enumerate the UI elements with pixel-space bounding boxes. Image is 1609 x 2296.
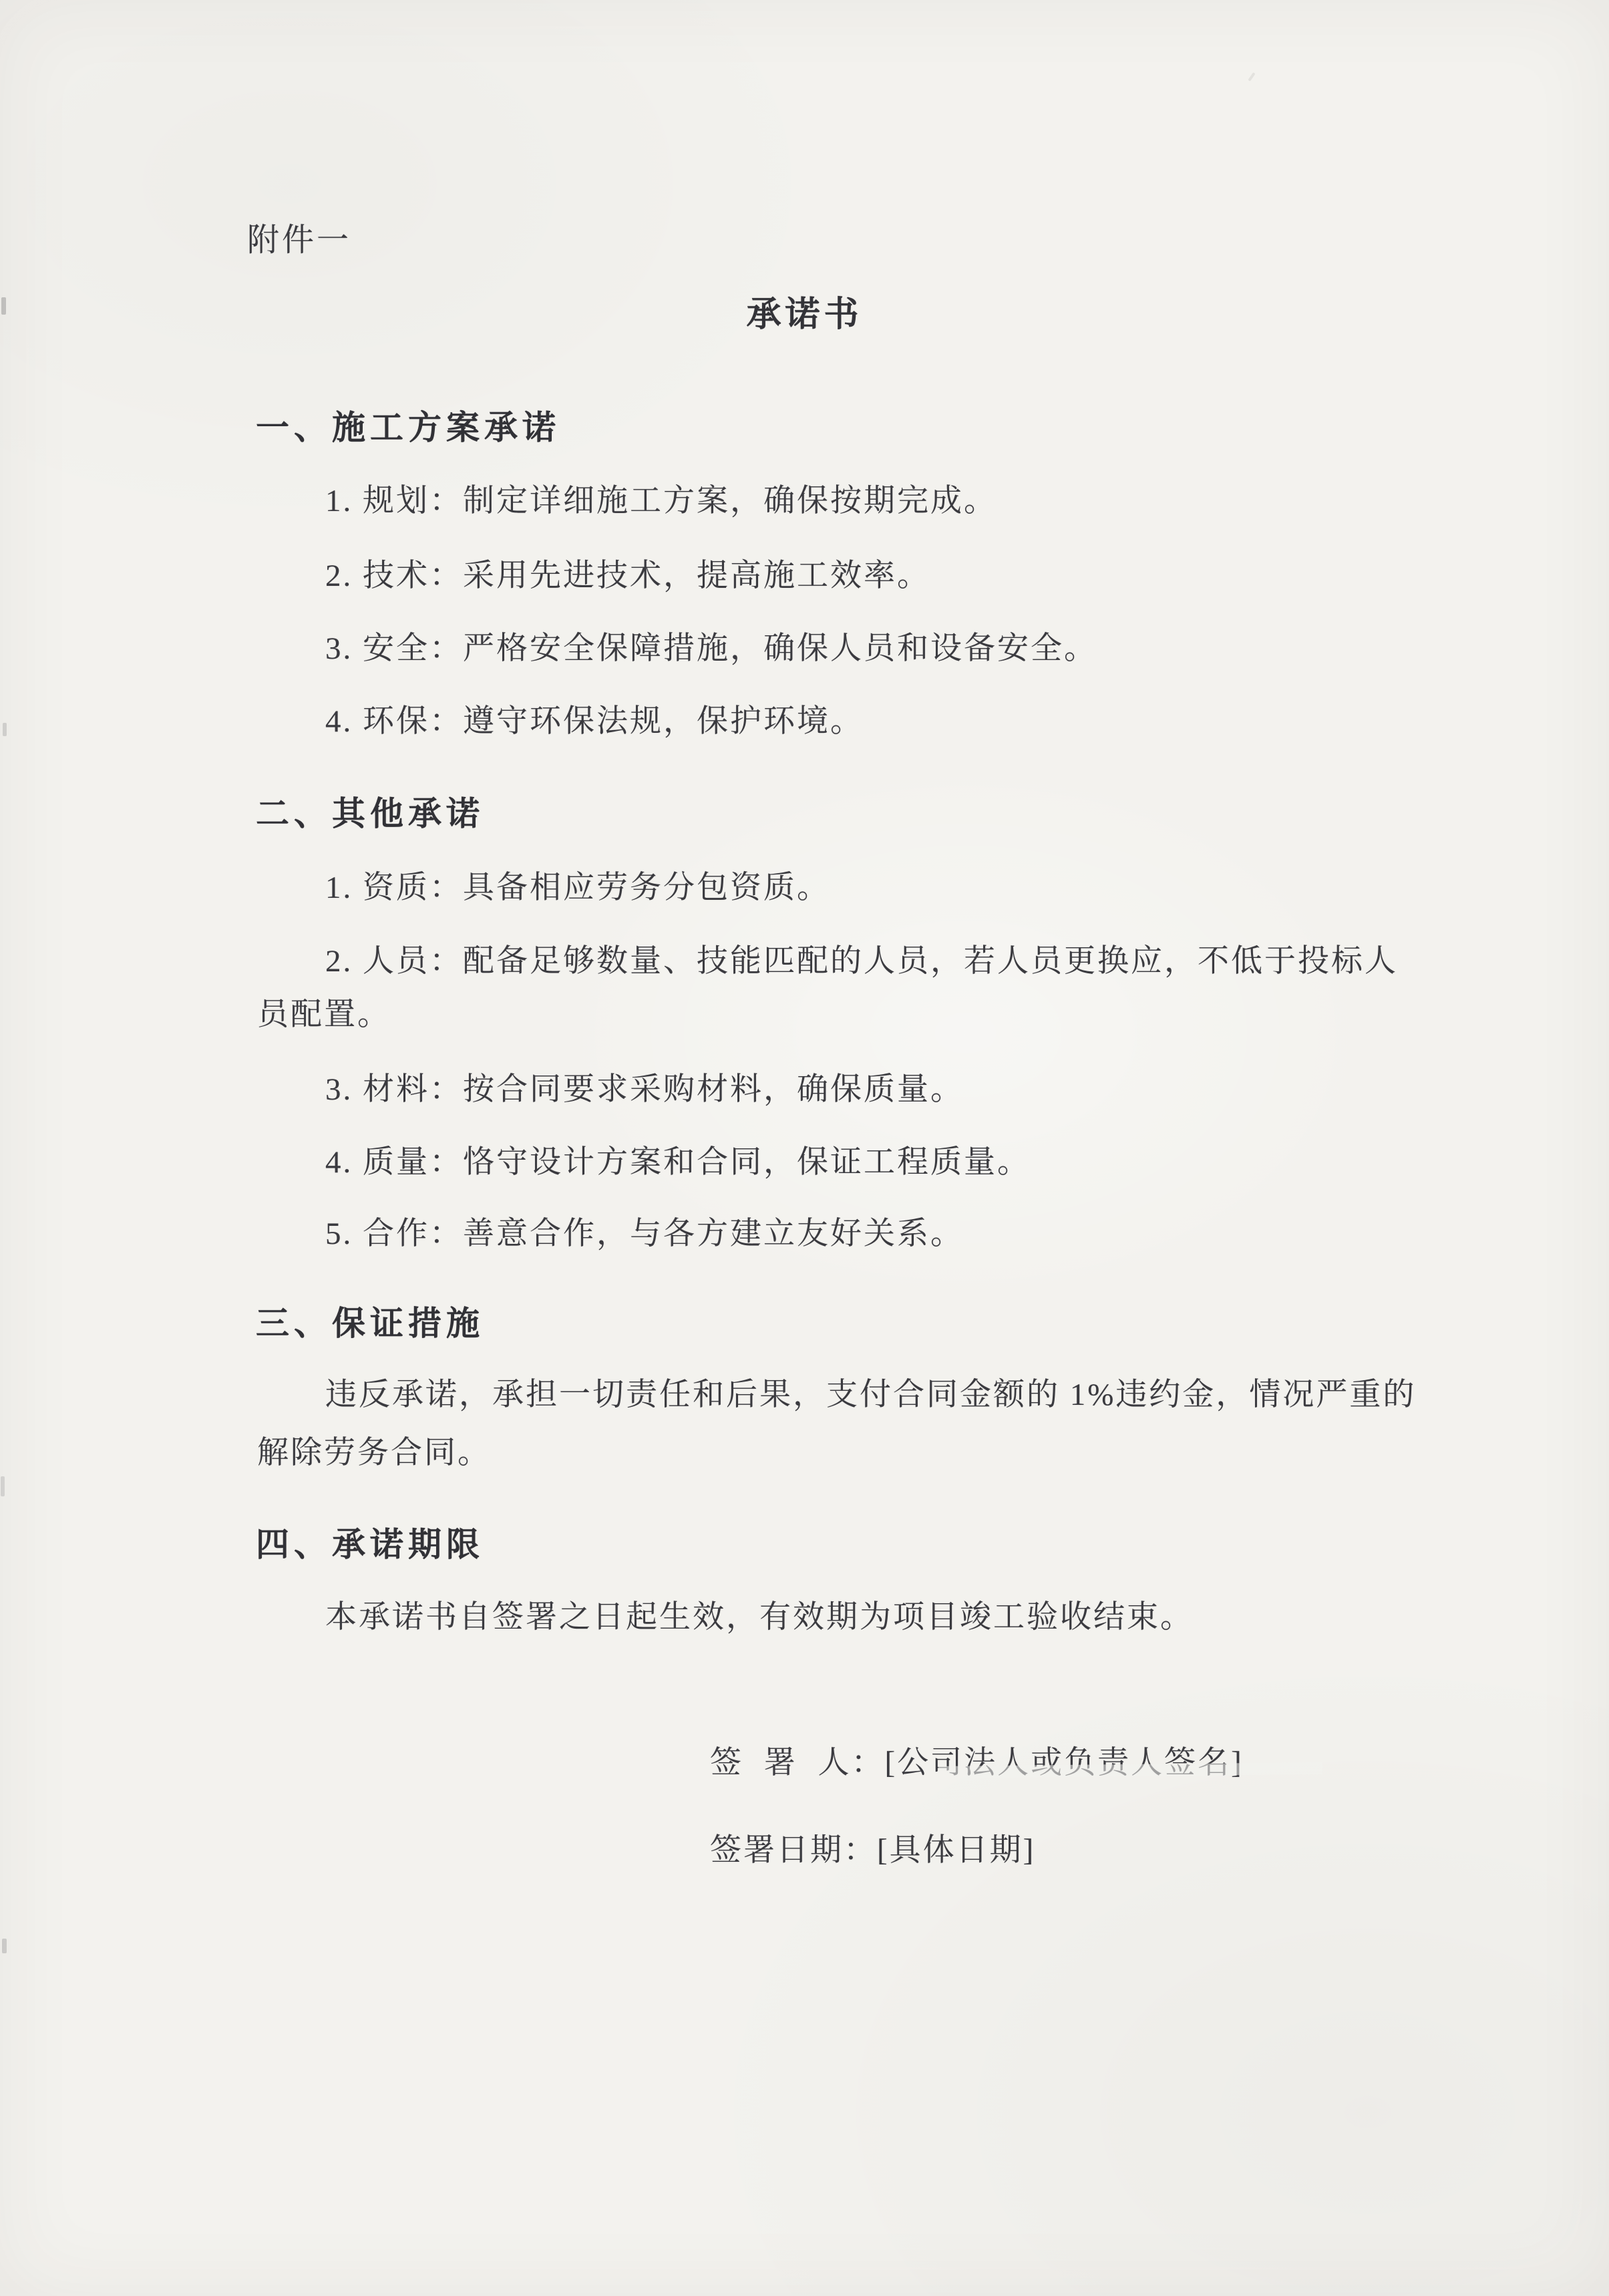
section-1-item-1: 1. 规划：制定详细施工方案，确保按期完成。	[325, 483, 997, 519]
signature-signer-line: 签 署 人：[公司法人或负责人签名]	[710, 1745, 1244, 1781]
scan-speck	[1248, 72, 1255, 81]
scanned-document-page: 附件一 承诺书 一、施工方案承诺 1. 规划：制定详细施工方案，确保按期完成。 …	[0, 0, 1609, 2296]
section-2-item-5: 5. 合作：善意合作，与各方建立友好关系。	[325, 1216, 964, 1252]
section-1-item-4: 4. 环保：遵守环保法规，保护环境。	[325, 703, 864, 740]
scan-speck	[1, 1476, 5, 1496]
scan-speck	[3, 723, 7, 736]
section-1-item-2: 2. 技术：采用先进技术，提高施工效率。	[325, 558, 930, 594]
document-title: 承诺书	[0, 295, 1609, 335]
scan-speck	[1, 297, 6, 315]
section-4-heading: 四、承诺期限	[256, 1526, 484, 1565]
scan-speck	[2, 1939, 7, 1953]
section-2-item-2-line-2: 员配置。	[257, 997, 391, 1033]
section-4-paragraph-line-1: 本承诺书自签署之日起生效，有效期为项目竣工验收结束。	[325, 1599, 1194, 1635]
section-2-item-1: 1. 资质：具备相应劳务分包资质。	[325, 870, 830, 906]
section-2-item-3: 3. 材料：按合同要求采购材料，确保质量。	[325, 1072, 964, 1108]
section-1-item-3: 3. 安全：严格安全保障措施，确保人员和设备安全。	[325, 631, 1097, 667]
section-2-item-2-line-1: 2. 人员：配备足够数量、技能匹配的人员，若人员更换应，不低于投标人	[325, 943, 1398, 979]
section-1-heading: 一、施工方案承诺	[256, 409, 560, 448]
attachment-label: 附件一	[247, 222, 351, 259]
section-2-item-4: 4. 质量：恪守设计方案和合同，保证工程质量。	[325, 1144, 1031, 1180]
section-2-heading: 二、其他承诺	[256, 795, 484, 834]
section-3-paragraph-line-2: 解除劳务合同。	[257, 1435, 491, 1471]
section-3-heading: 三、保证措施	[256, 1305, 484, 1343]
section-3-paragraph-line-1: 违反承诺，承担一切责任和后果，支付合同金额的 1%违约金，情况严重的	[325, 1377, 1416, 1413]
signature-date-line: 签署日期：[具体日期]	[710, 1832, 1035, 1868]
